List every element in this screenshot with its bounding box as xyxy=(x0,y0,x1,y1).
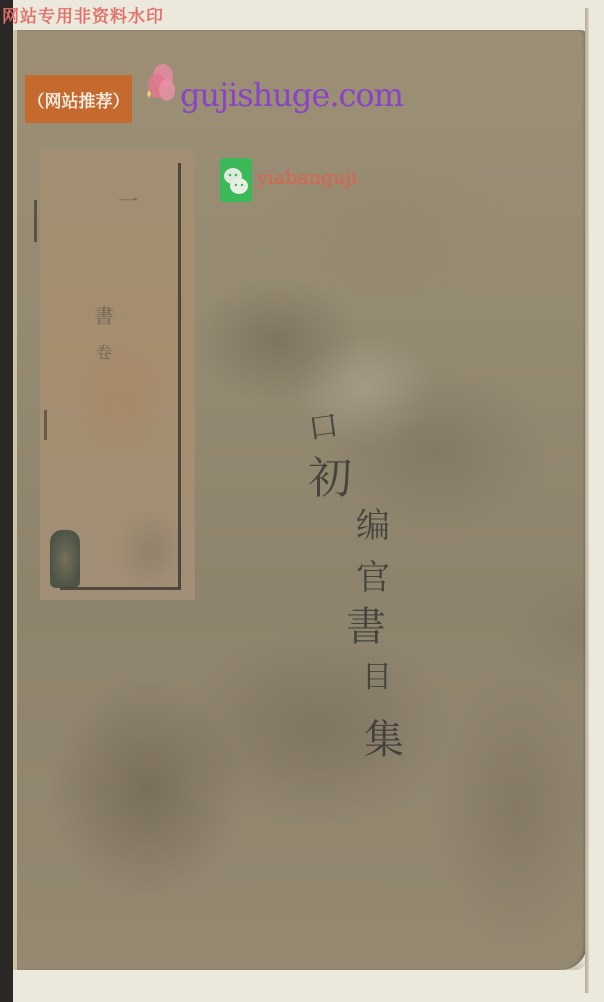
seal-stamp xyxy=(50,530,80,588)
title-slip-mark xyxy=(34,200,37,242)
wechat-icon xyxy=(220,158,252,202)
slip-char: 卷 xyxy=(96,340,112,363)
slip-char: 書 xyxy=(94,300,114,329)
watermark-notice: 网站专用非资料水印 xyxy=(2,2,164,27)
handwritten-char: 集 xyxy=(364,708,404,765)
cover-bottom-edge xyxy=(17,958,587,970)
handwritten-title: 口 初 编 官 書 目 集 xyxy=(300,390,410,790)
watermark-wechat-id: yiabanguji xyxy=(257,167,357,189)
recommend-badge: （网站推荐） xyxy=(25,75,132,123)
title-slip-mark xyxy=(44,410,47,440)
handwritten-char: 書 xyxy=(346,595,386,652)
handwritten-char: 初 xyxy=(308,442,352,506)
title-slip-border-bottom xyxy=(60,587,181,590)
cover-right-edge xyxy=(585,8,589,993)
flower-icon xyxy=(143,62,177,106)
watermark-site-url: gujishuge.com xyxy=(180,76,403,114)
title-slip-border-right xyxy=(178,163,181,588)
handwritten-char: 官 xyxy=(356,550,390,599)
binding-edge xyxy=(0,0,13,1002)
handwritten-char: 目 xyxy=(362,652,392,696)
slip-char: 一 xyxy=(118,185,138,214)
handwritten-char: 口 xyxy=(305,400,341,448)
handwritten-char: 编 xyxy=(356,498,390,547)
